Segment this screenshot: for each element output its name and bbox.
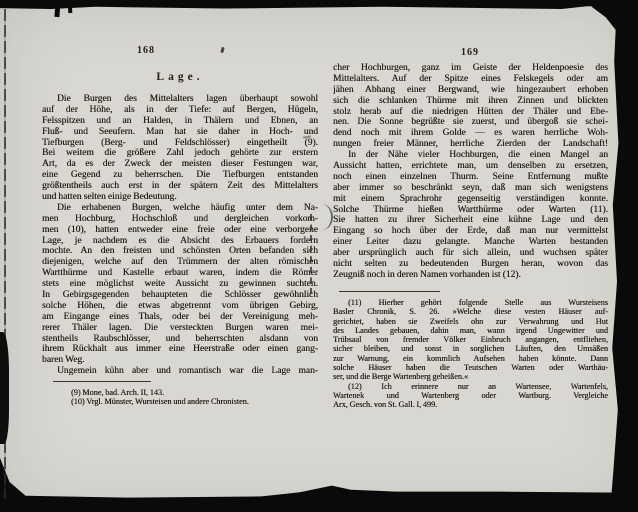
text-line: diejenigen, welche auf den Trümmern der … (42, 257, 318, 268)
text-line: cher Hochburgen, ganz im Geiste der Held… (333, 63, 608, 74)
section-heading: Lage. (42, 71, 318, 83)
text-line: Bei weitem die größere Zahl jedoch gehör… (42, 148, 318, 159)
right-page-footnotes: (11) Hierher gehört folgende Stelle aus … (333, 298, 608, 410)
text-line: zur Warnung, ein kommlich Aufsehen haben… (333, 354, 608, 363)
text-line: solche Häuser haben die Teutschen Warten… (333, 363, 608, 372)
scan-blob-left (0, 332, 9, 444)
scan-border-top (0, 0, 638, 9)
text-line: mit einem Sprachrohr gegenseitig verstän… (333, 194, 608, 205)
scan-border-bottom (0, 452, 638, 512)
text-line: In der Nähe vieler Hochburgen, die einen… (333, 150, 608, 161)
text-line: gerichtet, haben sie Zweifels ohn zur Ve… (333, 317, 608, 326)
right-page-body: cher Hochburgen, ganz im Geiste der Held… (333, 63, 608, 281)
scan-mark-top-left-2 (68, 0, 73, 13)
text-line: In Gebirgsgegenden behaupteten die Schlö… (42, 290, 318, 301)
text-line: Art, da es der Zweck der meisten dieser … (42, 159, 318, 170)
text-line: stolz herab auf die niedrigen Hütten der… (333, 107, 608, 118)
binding-crease-hook (322, 204, 333, 230)
text-line: und hatten selten einige Bedeutung. (42, 192, 318, 203)
text-line: (12) Ich erinnere nur an Wartensee, Wart… (333, 382, 608, 391)
ink-speck-top (220, 47, 224, 54)
text-line: Zeugniß noch in deren Namen vorhanden is… (333, 270, 608, 281)
text-line: Wartthürme und Kastelle erbaut waren, in… (42, 268, 318, 279)
scanned-book-spread: 168 Lage. Die Burgen des Mittelalters la… (0, 0, 638, 512)
text-line: eine Gegend zu beherrschen. Die Tiefburg… (42, 170, 318, 181)
left-page-body: Die Burgen des Mittelalters lagen überha… (42, 94, 318, 377)
text-line: aber immer so beschränkt seyn, daß man s… (333, 183, 608, 194)
text-line: (10) Vrgl. Münster, Wursteisen und ander… (56, 397, 316, 406)
text-line: rerer Thäler lagen. Die versteckten Burg… (42, 323, 318, 334)
text-line: Solche Thürme hießen Wartthürme oder War… (333, 205, 608, 216)
text-line: Lage, je nachdem es die Absicht des Erba… (42, 236, 318, 247)
text-line: nen. Die Sonne begrüßte sie zuerst, und … (333, 117, 608, 128)
text-line: men Hochburg, Hochschloß und dergleichen… (42, 214, 318, 225)
page-number-right: 169 (442, 47, 498, 58)
text-line: Felsspitzen und an Halden, in Thälern un… (42, 116, 318, 127)
text-line: größtentheils auch erst in der spätern Z… (42, 181, 318, 192)
text-line: nungen freier Männer, herrliche Zierden … (333, 139, 608, 150)
text-line: Ungemein kühn aber und romantisch war di… (42, 366, 318, 377)
footnote-separator-left (53, 381, 151, 382)
text-line: Tiefburgen (Berg- und Feldschlösser) ein… (42, 138, 318, 149)
text-line: Eingang so hoch über der Erde, daß man n… (333, 226, 608, 237)
text-line: einer Leiter dazu gelangte. Manche Warte… (333, 237, 608, 248)
text-line: (9) Mone, bad. Arch. II, 143. (56, 388, 316, 397)
text-line: Die erhabenen Burgen, welche häufig unte… (42, 203, 318, 214)
text-line: sich die schlanken Thürme mit ihren Zinn… (333, 96, 608, 107)
text-line: Mittelalters. Auf der Spitze eines Felsk… (333, 74, 608, 85)
text-line: men (10), hatten entweder eine freie ode… (42, 225, 318, 236)
text-line: Fluß- und Seeufern. Man hat sie daher in… (42, 127, 318, 138)
text-line: ser, und die Berge Wartenberg geheißen.« (333, 372, 608, 381)
text-line: aber ursprünglich auch für sich allein, … (333, 248, 608, 259)
text-line: Arx, Gesch. von St. Gall. I, 499. (333, 400, 608, 409)
footnote-separator-right (339, 291, 440, 292)
text-line: nicht selten zu bedeutenden Burgen heran… (333, 259, 608, 270)
text-line: Wartenek und Wartenberg oder Wartburg. V… (333, 391, 608, 400)
text-line: Die Burgen des Mittelalters lagen überha… (42, 94, 318, 105)
text-line: am Eingange eines Thals, oder bei der Ve… (42, 312, 318, 323)
text-line: noch einen einzelnen Thurm. Seine Entfer… (333, 172, 608, 183)
scan-border-right (610, 0, 638, 512)
left-page-footnotes: (9) Mone, bad. Arch. II, 143.(10) Vrgl. … (56, 388, 316, 407)
text-line: Trübsaal von fremder Völker Einbruch ang… (333, 335, 608, 344)
text-line: auf der Höhe, als in der Tiefe: auf Berg… (42, 105, 318, 116)
text-line: Sie hatten zu ihrer Sicherheit eine kühn… (333, 215, 608, 226)
text-line: (11) Hierher gehört folgende Stelle aus … (333, 298, 608, 307)
text-line: Aussicht hatten, errichtete man, um dens… (333, 161, 608, 172)
text-line: des Landes gebauen, dahin man, wann irge… (333, 326, 608, 335)
scan-mark-top-left-1 (54, 0, 60, 17)
text-line: stets eine möglichst weite Aussicht zu g… (42, 279, 318, 290)
page-number-left: 168 (118, 45, 174, 56)
text-line: dend noch mit ihrem Golde — es waren her… (333, 128, 608, 139)
text-line: mochte. An den freisten und schönsten Or… (42, 246, 318, 257)
text-line: Basler Chronik, S. 26. »Welche diese ves… (333, 307, 608, 316)
text-line: solche Höhen, die etwas abgetrennt vom ü… (42, 301, 318, 312)
text-line: stentheils Raubschlösser, und beherrscht… (42, 334, 318, 345)
text-line: jähen Abhang einer Bergwand, wie hingeza… (333, 85, 608, 96)
binding-crease-dashes (310, 214, 312, 294)
text-line: sicher bleiben, und sonst in sorglichen … (333, 344, 608, 353)
text-line: baren Weg. (42, 355, 318, 366)
text-line: ihrem Rückhalt aus immer eine Heerstraße… (42, 344, 318, 355)
